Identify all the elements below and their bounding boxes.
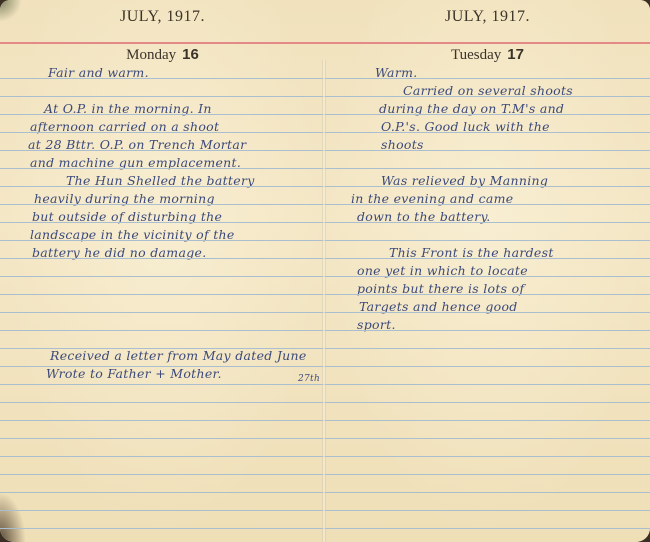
handwritten-line: The Hun Shelled the battery	[66, 172, 255, 190]
right-day-header: Tuesday17	[325, 46, 650, 64]
handwritten-line: during the day on T.M's and	[379, 100, 564, 118]
handwritten-line: points but there is lots of	[357, 280, 524, 298]
left-page: JULY, 1917. Monday16 Fair and warm.At O.…	[0, 0, 325, 542]
left-month-header: JULY, 1917.	[0, 8, 325, 26]
handwritten-line: Fair and warm.	[48, 64, 149, 82]
handwritten-line: Targets and hence good	[359, 298, 518, 316]
handwritten-line: This Front is the hardest	[389, 244, 554, 262]
handwritten-line: Warm.	[375, 64, 418, 82]
handwritten-line: at 28 Bttr. O.P. on Trench Mortar	[28, 136, 246, 154]
handwritten-line: landscape in the vicinity of the	[30, 226, 235, 244]
handwritten-line: and machine gun emplacement.	[30, 154, 241, 172]
handwritten-line: heavily during the morning	[34, 190, 215, 208]
handwritten-line: battery he did no damage.	[32, 244, 207, 262]
diary-spread: JULY, 1917. Monday16 Fair and warm.At O.…	[0, 0, 650, 542]
left-day-number: 16	[182, 46, 199, 63]
right-day-name: Tuesday	[451, 47, 501, 63]
left-day-header: Monday16	[0, 46, 325, 64]
handwritten-line: sport.	[357, 316, 396, 334]
page-corner-shadow	[0, 492, 26, 542]
left-day-name: Monday	[126, 47, 176, 63]
handwritten-line: one yet in which to locate	[357, 262, 528, 280]
handwritten-line: O.P.'s. Good luck with the	[381, 118, 550, 136]
right-day-number: 17	[507, 46, 524, 63]
handwritten-line: Wrote to Father + Mother.	[46, 365, 222, 383]
handwritten-line: down to the battery.	[357, 208, 490, 226]
right-month-header: JULY, 1917.	[325, 8, 650, 26]
book-spine	[322, 60, 326, 542]
handwritten-line: Was relieved by Manning	[381, 172, 548, 190]
handwritten-line: Received a letter from May dated June	[50, 347, 307, 365]
handwritten-line: Carried on several shoots	[403, 82, 573, 100]
handwritten-line: in the evening and came	[351, 190, 513, 208]
handwritten-line: shoots	[381, 136, 424, 154]
handwritten-line: but outside of disturbing the	[32, 208, 222, 226]
right-page: JULY, 1917. Tuesday17 Warm.Carried on se…	[325, 0, 650, 542]
left-date-note: 27th	[298, 370, 320, 388]
handwritten-line: At O.P. in the morning. In	[44, 100, 212, 118]
handwritten-line: afternoon carried on a shoot	[30, 118, 219, 136]
red-header-rule	[0, 42, 650, 44]
